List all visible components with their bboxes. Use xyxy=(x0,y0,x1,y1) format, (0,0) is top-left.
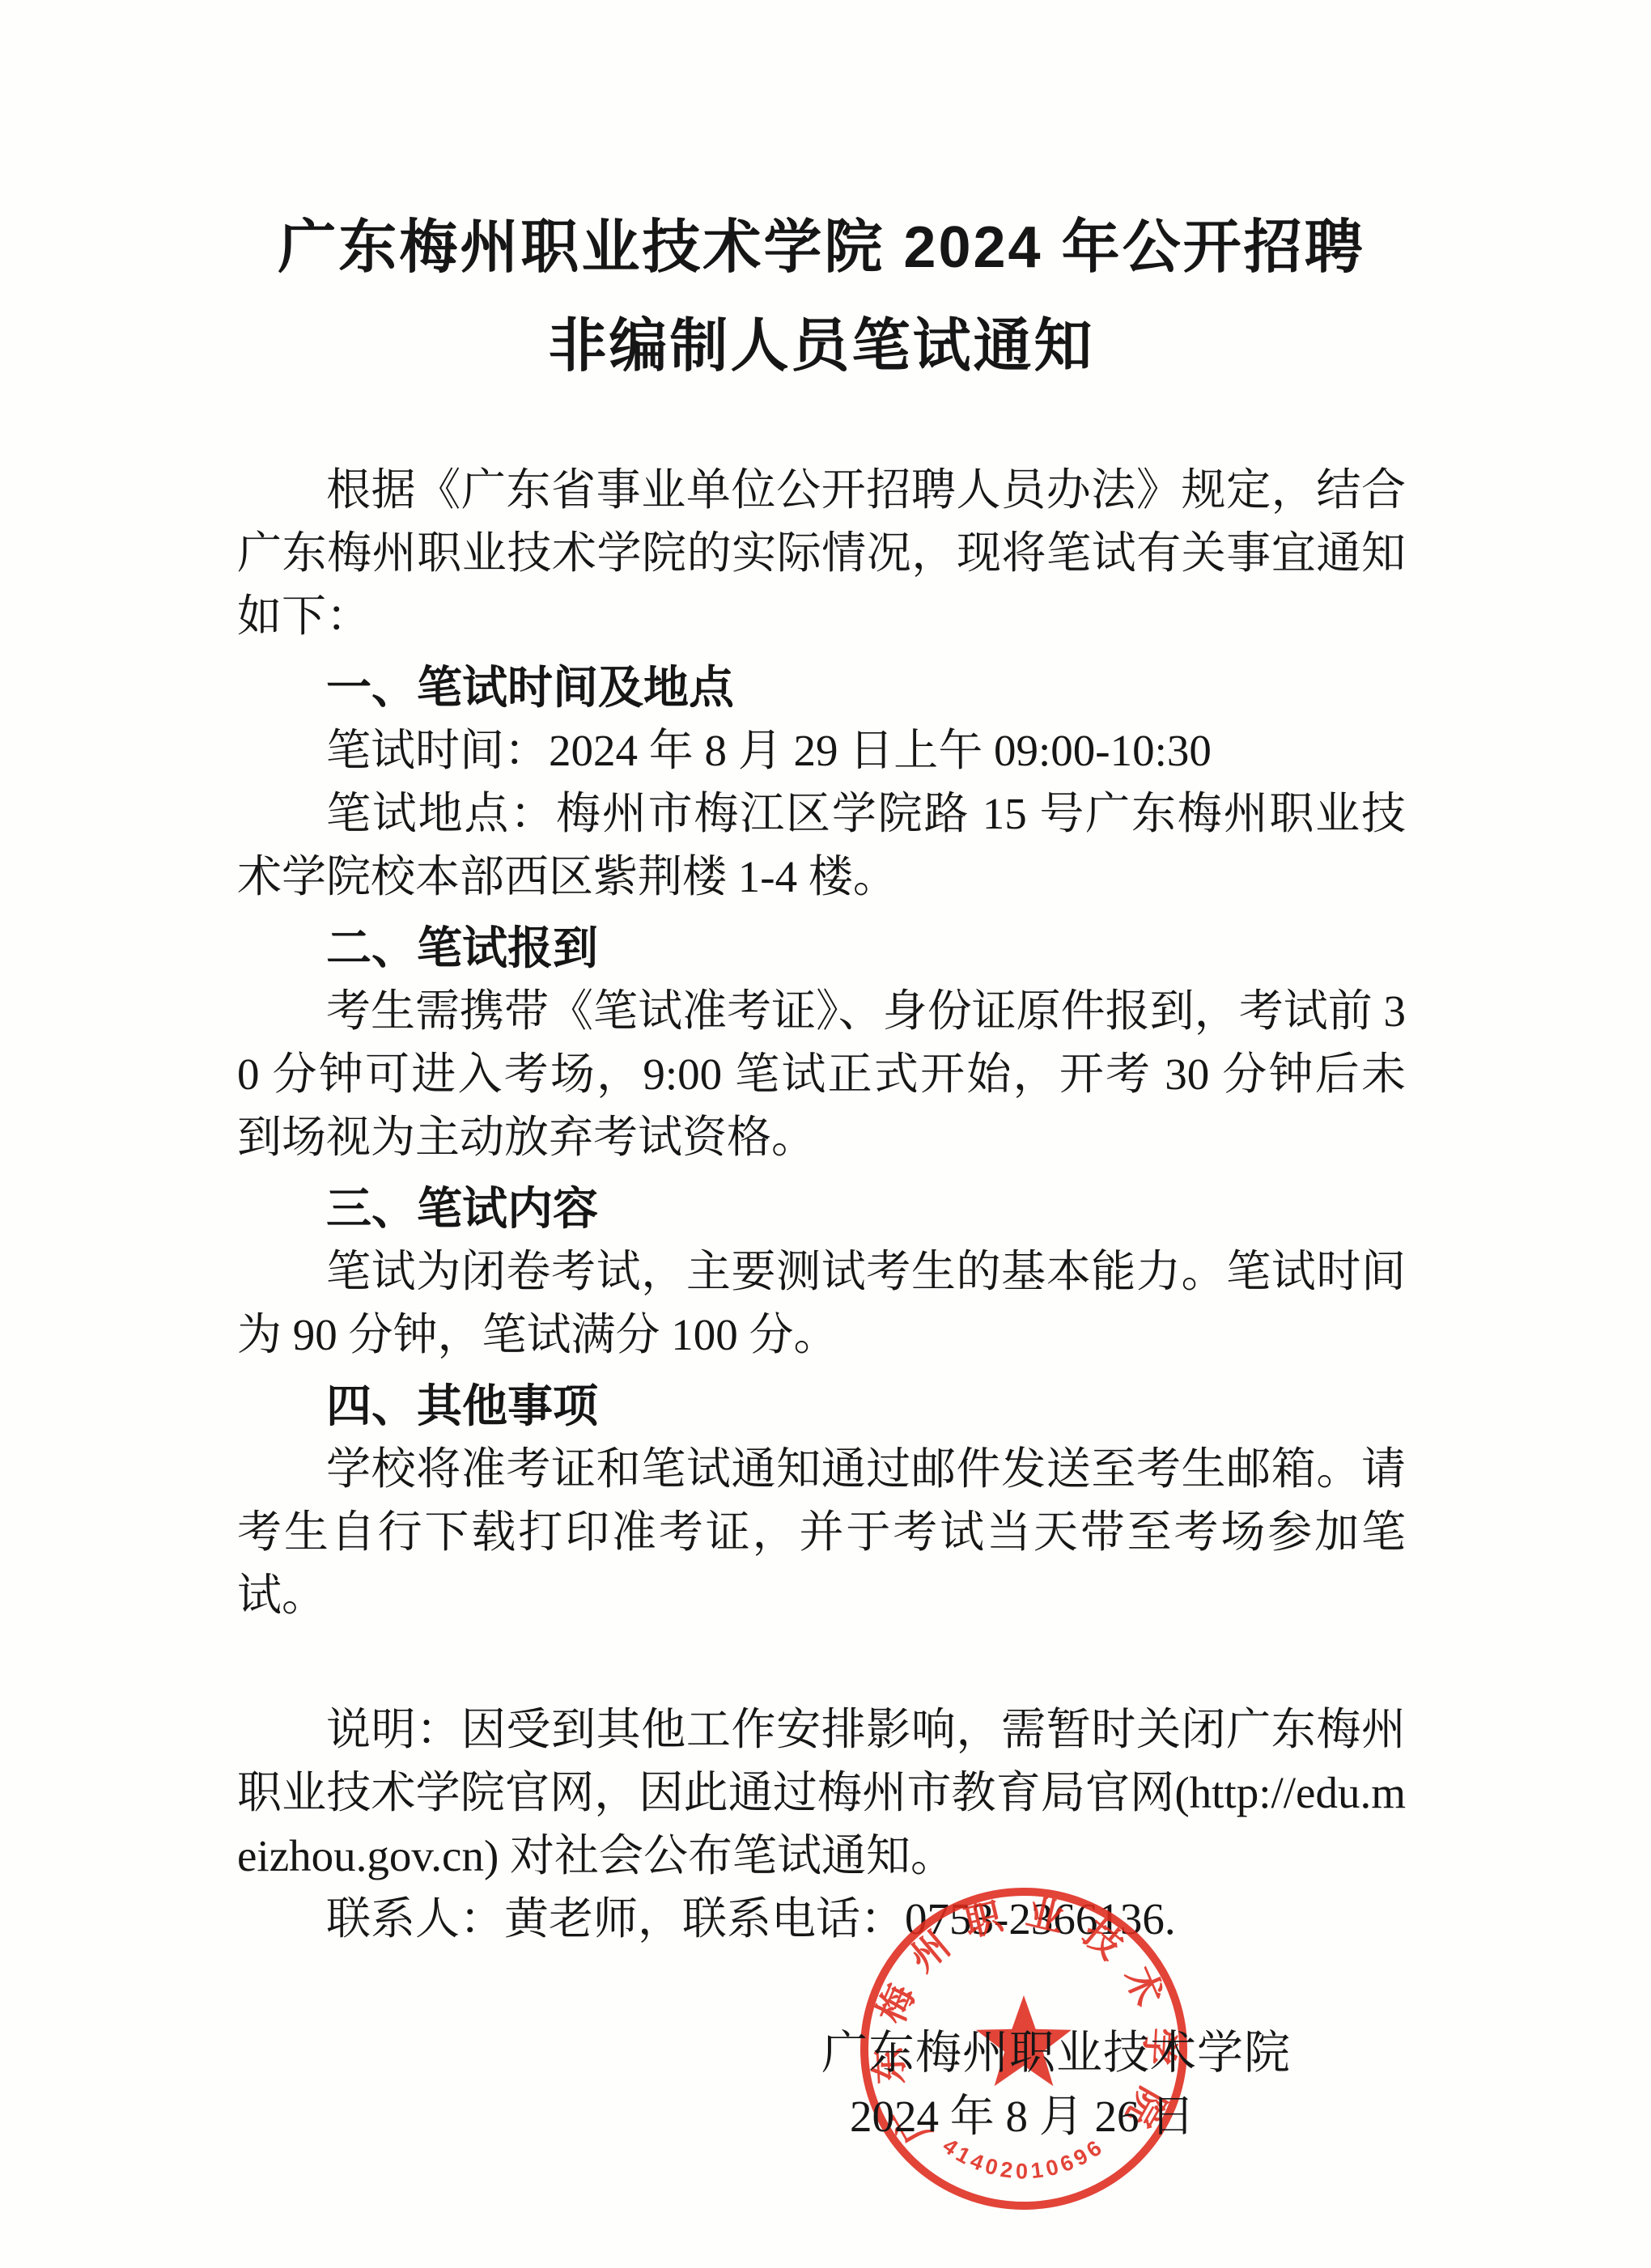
section-1-heading: 一、笔试时间及地点 xyxy=(237,656,1406,719)
document-page: 广东梅州职业技术学院 2024 年公开招聘 非编制人员笔试通知 根据《广东省事业… xyxy=(0,0,1651,2268)
section-3-heading: 三、笔试内容 xyxy=(237,1177,1406,1240)
signature-organization: 广东梅州职业技术学院 xyxy=(821,2022,1406,2085)
section-3-paragraph: 笔试为闭卷考试，主要测试考生的基本能力。笔试时间为 90 分钟，笔试满分 100… xyxy=(237,1240,1406,1367)
section-4-heading: 四、其他事项 xyxy=(237,1375,1406,1438)
note-paragraph: 说明：因受到其他工作安排影响，需暂时关闭广东梅州职业技术学院官网，因此通过梅州市… xyxy=(237,1698,1406,1888)
signature-date: 2024 年 8 月 26 日 xyxy=(850,2085,1406,2148)
signature-block: 广东梅州职业技术学院 2024 年 8 月 26 日 xyxy=(237,2022,1406,2148)
section-4-paragraph: 学校将准考证和笔试通知通过邮件发送至考生邮箱。请考生自行下载打印准考证，并于考试… xyxy=(237,1438,1406,1627)
section-2-heading: 二、笔试报到 xyxy=(237,917,1406,980)
section-2-paragraph: 考生需携带《笔试准考证》、身份证原件报到，考试前 30 分钟可进入考场，9:00… xyxy=(237,980,1406,1169)
contact-line: 联系人：黄老师，联系电话：0753-2366136. xyxy=(237,1888,1406,1951)
title-line-1: 广东梅州职业技术学院 2024 年公开招聘 xyxy=(237,198,1406,297)
section-1-paragraph-place: 笔试地点：梅州市梅江区学院路 15 号广东梅州职业技术学院校本部西区紫荆楼 1-… xyxy=(237,782,1406,909)
document-content: 广东梅州职业技术学院 2024 年公开招聘 非编制人员笔试通知 根据《广东省事业… xyxy=(237,0,1406,2148)
document-title: 广东梅州职业技术学院 2024 年公开招聘 非编制人员笔试通知 xyxy=(237,198,1406,396)
intro-paragraph: 根据《广东省事业单位公开招聘人员办法》规定，结合广东梅州职业技术学院的实际情况，… xyxy=(237,459,1406,648)
title-line-2: 非编制人员笔试通知 xyxy=(237,297,1406,396)
section-1-paragraph-time: 笔试时间：2024 年 8 月 29 日上午 09:00-10:30 xyxy=(237,719,1406,782)
